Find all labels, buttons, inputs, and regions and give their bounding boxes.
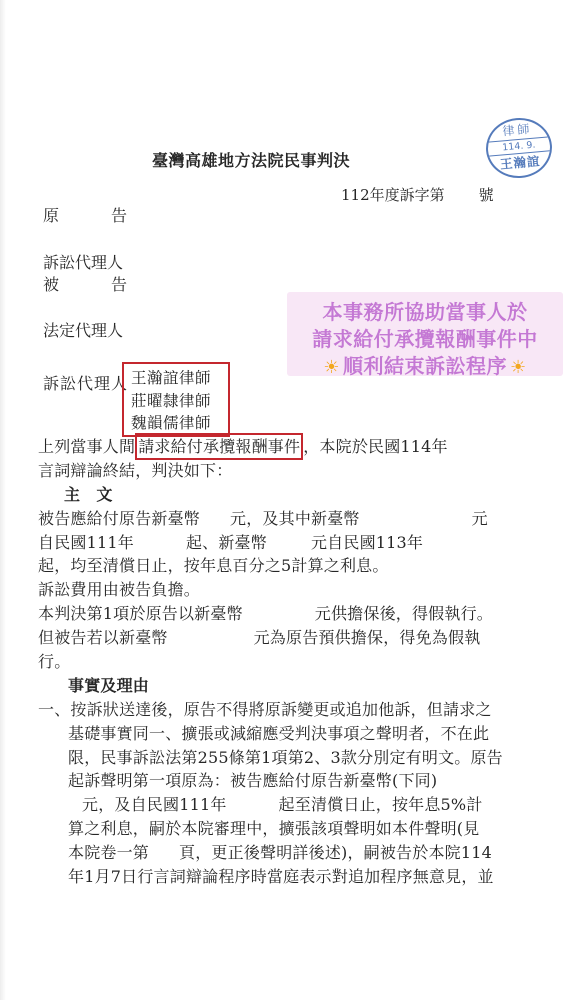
redaction-gap (360, 523, 472, 524)
text-segment: 元 (472, 509, 488, 528)
lawyer-name: 魏韻儒律師 (131, 412, 228, 435)
agent-names: 王瀚誼律師莊曜隸律師魏韻儒律師 (131, 367, 228, 435)
party-label: 原告 (43, 208, 127, 224)
redaction-gap (68, 809, 82, 810)
redaction-gap (267, 547, 311, 548)
text-segment: 言詞辯論終結，判決如下： (38, 461, 232, 480)
lawyer-name: 莊曜隸律師 (131, 390, 228, 413)
stamp-ellipse: 律師 114. 9. 王瀚誼 (484, 115, 555, 181)
text-segment: 限，民事訴訟法第255條第1項第2、3款分別定有明文。原告 (68, 748, 503, 767)
document-line: 基礎事實同一、擴張或減縮應受判決事項之聲明者，不在此 (0, 722, 563, 746)
text-segment: 元自民國113年 (311, 533, 423, 552)
document-line: 被告應給付原告新臺幣元，及其中新臺幣元 (0, 507, 563, 531)
redaction-gap (243, 618, 315, 619)
document-line: 訴訟費用由被告負擔。 (0, 578, 563, 602)
overlay-lines: 本事務所協助當事人於請求給付承攬報酬事件中 (287, 299, 563, 353)
document-line: 起訴聲明第一項原為：被告應給付原告新臺幣(下同) (0, 769, 563, 793)
document-line: 年1月7日行言詞辯論程序時當庭表示對追加程序無意見，並 (0, 865, 563, 889)
section-heading: 事實及理由 (0, 674, 563, 698)
case-number-suffix: 號 (479, 186, 494, 204)
text-segment: 元，及自民國111年 (82, 795, 227, 814)
text-segment: 年1月7日行言詞辯論程序時當庭表示對追加程序無意見，並 (68, 867, 494, 886)
document-body: 上列當事人間請求給付承攬報酬事件，本院於民國114年言詞辯論終結，判決如下：主 … (0, 435, 563, 889)
document-line: 本院卷一第頁，更正後聲明詳後述)，嗣被告於本院114 (0, 841, 563, 865)
redaction-gap (200, 523, 230, 524)
text-segment: 起至清償日止，按年息5%計 (279, 795, 483, 814)
text-segment: ，本院於民國114年 (303, 437, 448, 456)
lawyer-names-highlight-box: 王瀚誼律師莊曜隸律師魏韻儒律師 (122, 362, 230, 437)
promo-overlay: 本事務所協助當事人於請求給付承攬報酬事件中 ☀順利結束訴訟程序☀ (287, 292, 563, 376)
lawyer-name: 王瀚誼律師 (131, 367, 228, 390)
text-segment: 被告應給付原告新臺幣 (38, 509, 200, 528)
document-title: 臺灣高雄地方法院民事判決 (152, 148, 350, 171)
text-segment: 本判決第1項於原告以新臺幣 (38, 604, 243, 623)
text-segment: 自民國111年 (38, 533, 134, 552)
text-segment: 起，均至清償日止，按年息百分之5計算之利息。 (38, 556, 389, 575)
judgment-page: 律師 114. 9. 王瀚誼 臺灣高雄地方法院民事判決 112年度訴字第號 原告… (0, 0, 563, 1000)
overlay-line: 本事務所協助當事人於 (287, 299, 563, 326)
document-line: 上列當事人間請求給付承攬報酬事件，本院於民國114年 (0, 435, 563, 459)
text-segment: 上列當事人間 (38, 437, 135, 456)
document-line: 言詞辯論終結，判決如下： (0, 459, 563, 483)
text-segment: 起訴聲明第一項原為：被告應給付原告新臺幣(下同) (68, 771, 437, 790)
text-segment: 主 文 (64, 485, 113, 504)
overlay-line: 請求給付承攬報酬事件中 (287, 326, 563, 353)
party-label: 法定代理人 (43, 323, 127, 339)
document-line: 起，均至清償日止，按年息百分之5計算之利息。 (0, 554, 563, 578)
redaction-gap (149, 857, 179, 858)
text-segment: 行。 (38, 652, 70, 671)
text-segment: 元供擔保後，得假執行。 (315, 604, 493, 623)
text-segment: 元為原告預供擔保，得免為假執 (254, 628, 481, 647)
text-segment: 本院卷一第 (68, 843, 149, 862)
text-segment: 起、新臺幣 (186, 533, 267, 552)
agent-label: 訴訟代理人 (43, 371, 127, 394)
section-heading: 主 文 (0, 483, 563, 507)
party-label: 被告 (43, 277, 127, 293)
overlay-highlight-text: 順利結束訴訟程序 (343, 354, 507, 378)
case-number-prefix: 112年度訴字第 (341, 186, 445, 204)
overlay-highlight-line: ☀順利結束訴訟程序☀ (287, 353, 563, 381)
redaction-gap (227, 809, 279, 810)
case-number-line: 112年度訴字第號 (341, 184, 494, 205)
document-line: 本判決第1項於原告以新臺幣元供擔保後，得假執行。 (0, 602, 563, 626)
text-segment: 但被告若以新臺幣 (38, 628, 168, 647)
text-segment: 頁，更正後聲明詳後述)，嗣被告於本院114 (179, 843, 492, 862)
sun-icon: ☀ (320, 357, 343, 378)
document-line: 一、按訴狀送達後，原告不得將原訴變更或追加他訴，但請求之 (0, 698, 563, 722)
party-label: 訴訟代理人 (43, 255, 127, 271)
lawyer-stamp: 律師 114. 9. 王瀚誼 (484, 115, 555, 181)
document-line: 元，及自民國111年起至清償日止，按年息5%計 (0, 793, 563, 817)
document-line: 算之利息，嗣於本院審理中，擴張該項聲明如本件聲明(見 (0, 817, 563, 841)
text-segment: 算之利息，嗣於本院審理中，擴張該項聲明如本件聲明(見 (68, 819, 479, 838)
text-segment: 元，及其中新臺幣 (230, 509, 360, 528)
document-line: 自民國111年起、新臺幣元自民國113年 (0, 531, 563, 555)
stamp-name: 王瀚誼 (489, 151, 553, 176)
text-segment: 基礎事實同一、擴張或減縮應受判決事項之聲明者，不在此 (68, 724, 489, 743)
text-segment: 訴訟費用由被告負擔。 (38, 580, 200, 599)
document-line: 限，民事訴訟法第255條第1項第2、3款分別定有明文。原告 (0, 746, 563, 770)
document-line: 行。 (0, 650, 563, 674)
text-segment: 一、按訴狀送達後，原告不得將原訴變更或追加他訴，但請求之 (38, 700, 492, 719)
sun-icon: ☀ (507, 357, 530, 378)
text-segment: 事實及理由 (68, 676, 149, 695)
highlighted-phrase: 請求給付承攬報酬事件 (135, 433, 303, 460)
redaction-gap (168, 642, 254, 643)
redaction-gap (134, 547, 186, 548)
document-line: 但被告若以新臺幣元為原告預供擔保，得免為假執 (0, 626, 563, 650)
